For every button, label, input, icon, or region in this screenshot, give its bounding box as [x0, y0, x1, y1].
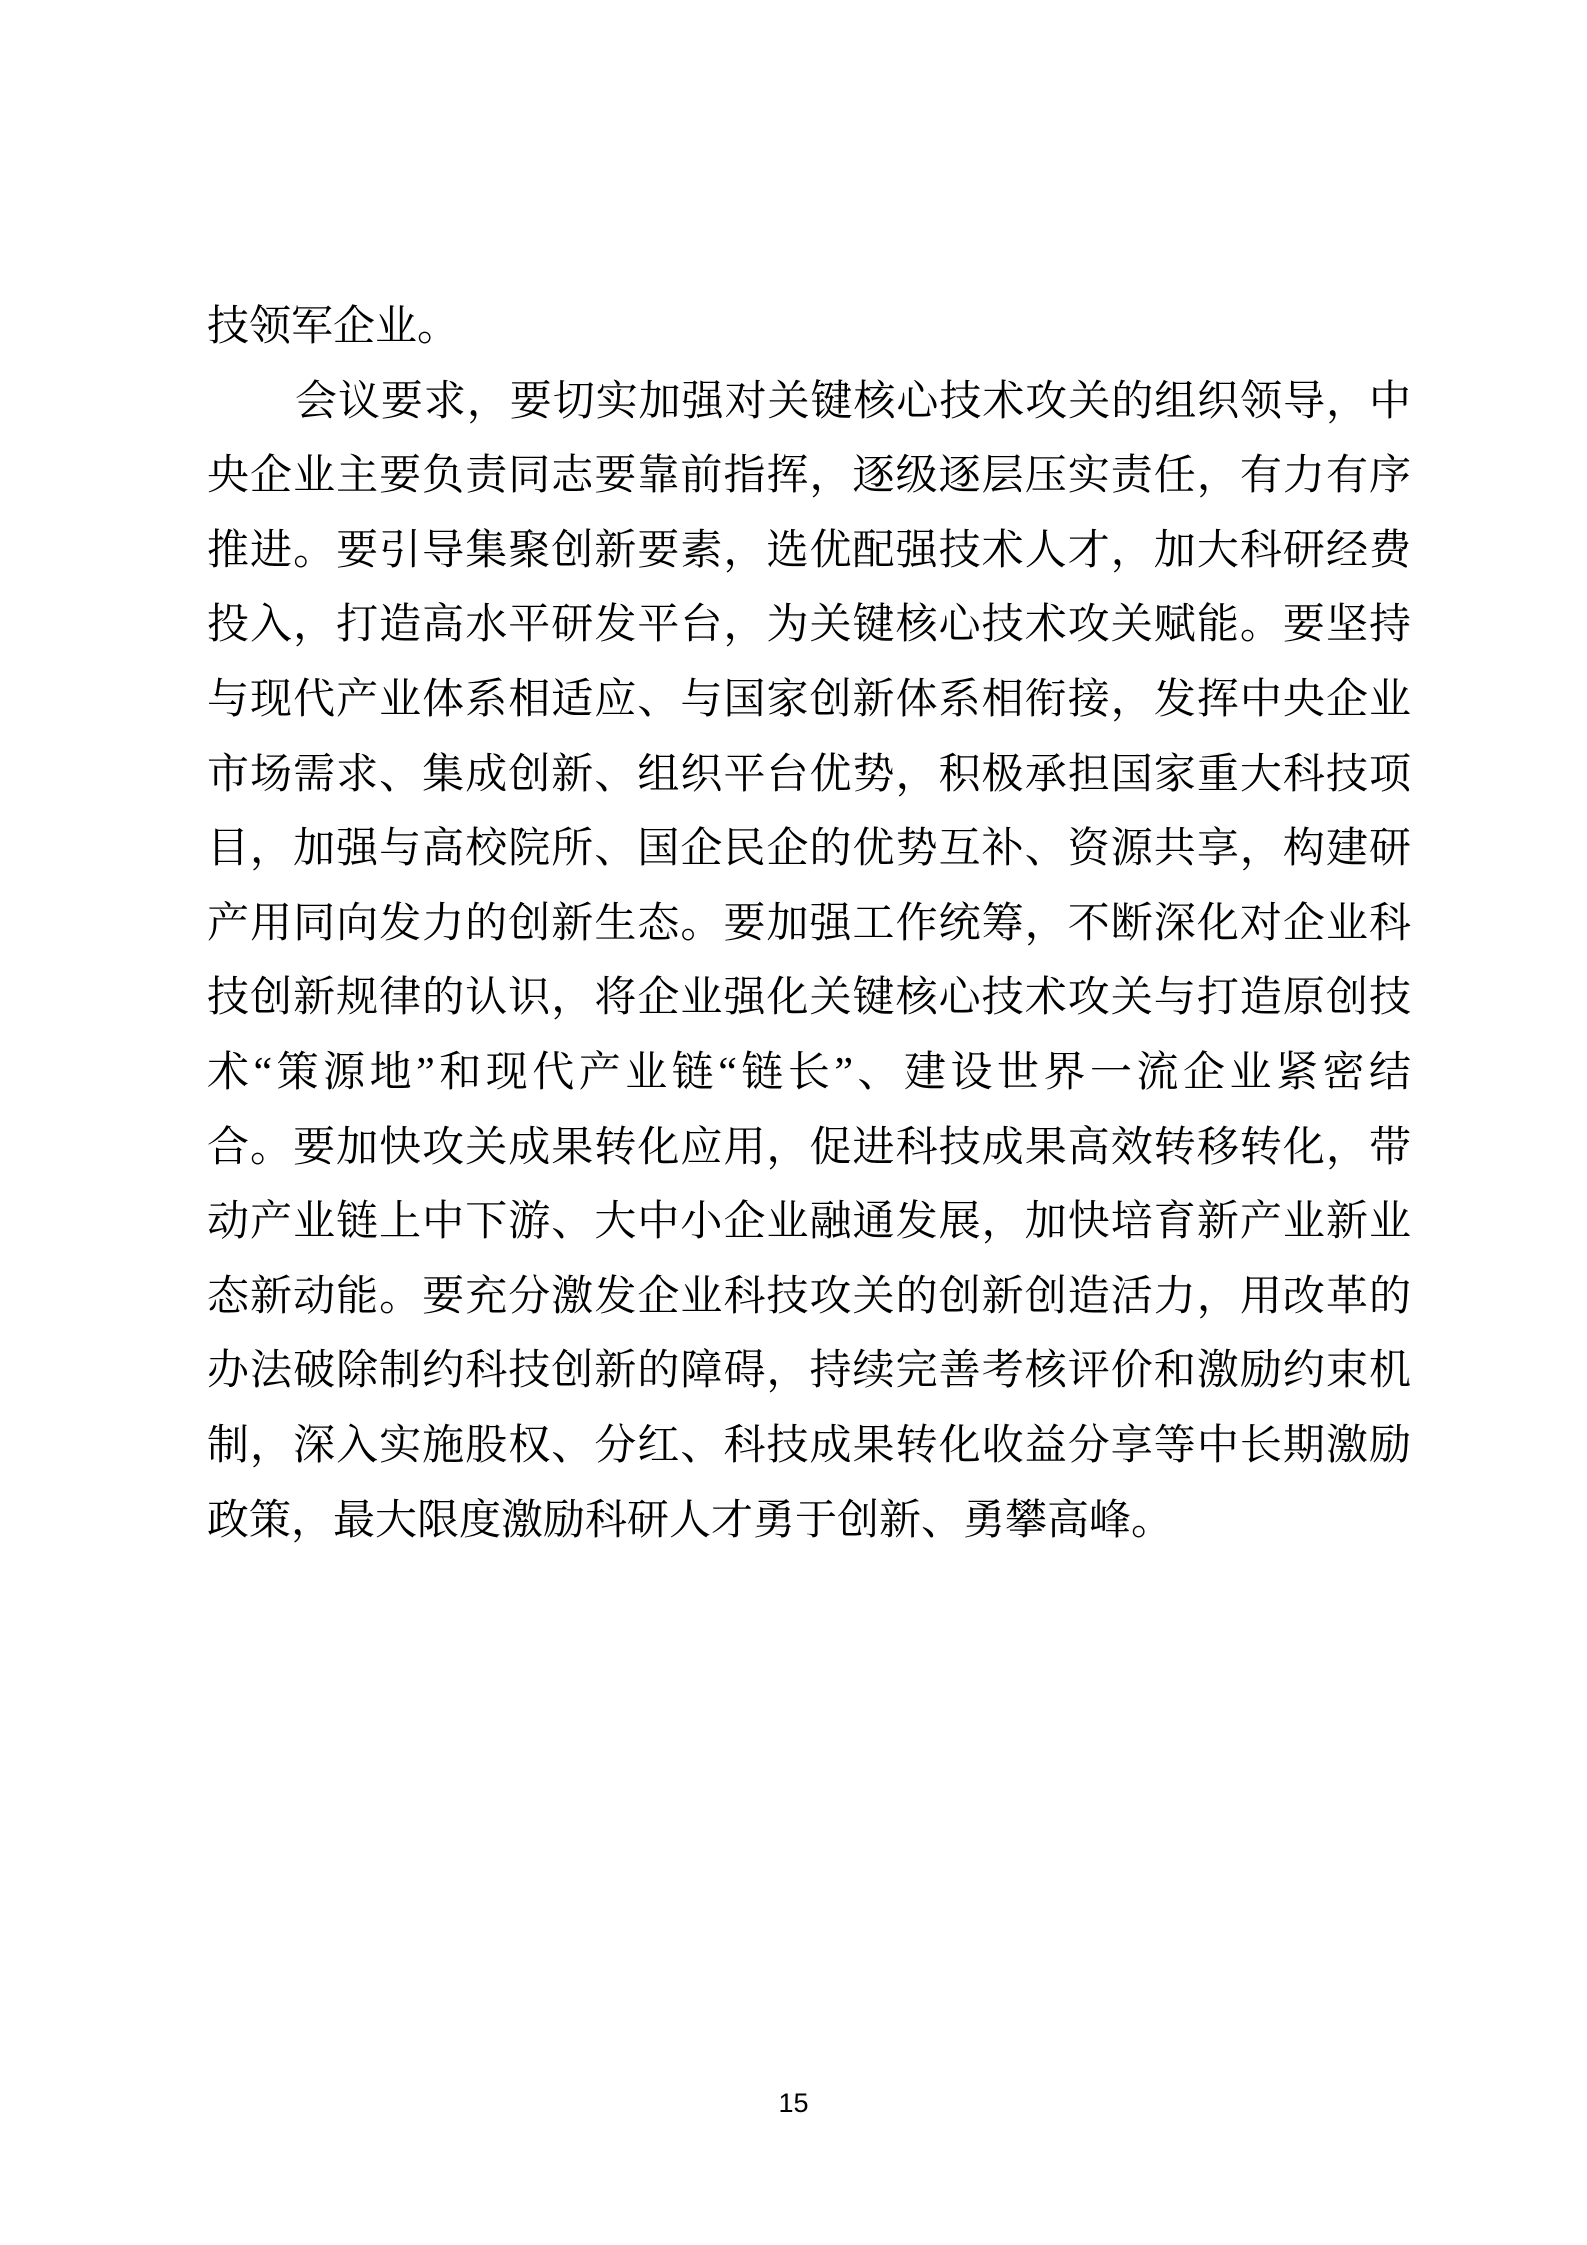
- text-line: 目，加强与高校院所、国企民企的优势互补、资源共享，构建研: [207, 812, 1411, 887]
- text-line: 合。要加快攻关成果转化应用，促进科技成果高效转移转化，带: [207, 1111, 1411, 1186]
- text-line: 制，深入实施股权、分红、科技成果转化收益分享等中长期激励: [207, 1409, 1411, 1484]
- text-line: 市场需求、集成创新、组织平台优势，积极承担国家重大科技项: [207, 738, 1411, 813]
- text-line: 态新动能。要充分激发企业科技攻关的创新创造活力，用改革的: [207, 1260, 1411, 1335]
- body-text: 技领军企业。 会议要求，要切实加强对关键核心技术攻关的组织领导，中 央企业主要负…: [207, 290, 1411, 1558]
- text-line: 动产业链上中下游、大中小企业融通发展，加快培育新产业新业: [207, 1185, 1411, 1260]
- text-line: 推进。要引导集聚创新要素，选优配强技术人才，加大科研经费: [207, 514, 1411, 589]
- text-line: 产用同向发力的创新生态。要加强工作统筹，不断深化对企业科: [207, 887, 1411, 962]
- text-line: 政策，最大限度激励科研人才勇于创新、勇攀高峰。: [207, 1484, 1411, 1559]
- text-line: 投入，打造高水平研发平台，为关键核心技术攻关赋能。要坚持: [207, 588, 1411, 663]
- text-line: 技领军企业。: [207, 290, 1411, 365]
- page-number: 15: [0, 2088, 1587, 2119]
- document-page: 技领军企业。 会议要求，要切实加强对关键核心技术攻关的组织领导，中 央企业主要负…: [0, 0, 1587, 2245]
- text-line: 与现代产业体系相适应、与国家创新体系相衔接，发挥中央企业: [207, 663, 1411, 738]
- text-line: 技创新规律的认识，将企业强化关键核心技术攻关与打造原创技: [207, 961, 1411, 1036]
- text-line: 办法破除制约科技创新的障碍，持续完善考核评价和激励约束机: [207, 1334, 1411, 1409]
- text-line: 会议要求，要切实加强对关键核心技术攻关的组织领导，中: [207, 365, 1411, 440]
- text-line: 术“策源地”和现代产业链“链长”、建设世界一流企业紧密结: [207, 1036, 1411, 1111]
- text-line: 央企业主要负责同志要靠前指挥，逐级逐层压实责任，有力有序: [207, 439, 1411, 514]
